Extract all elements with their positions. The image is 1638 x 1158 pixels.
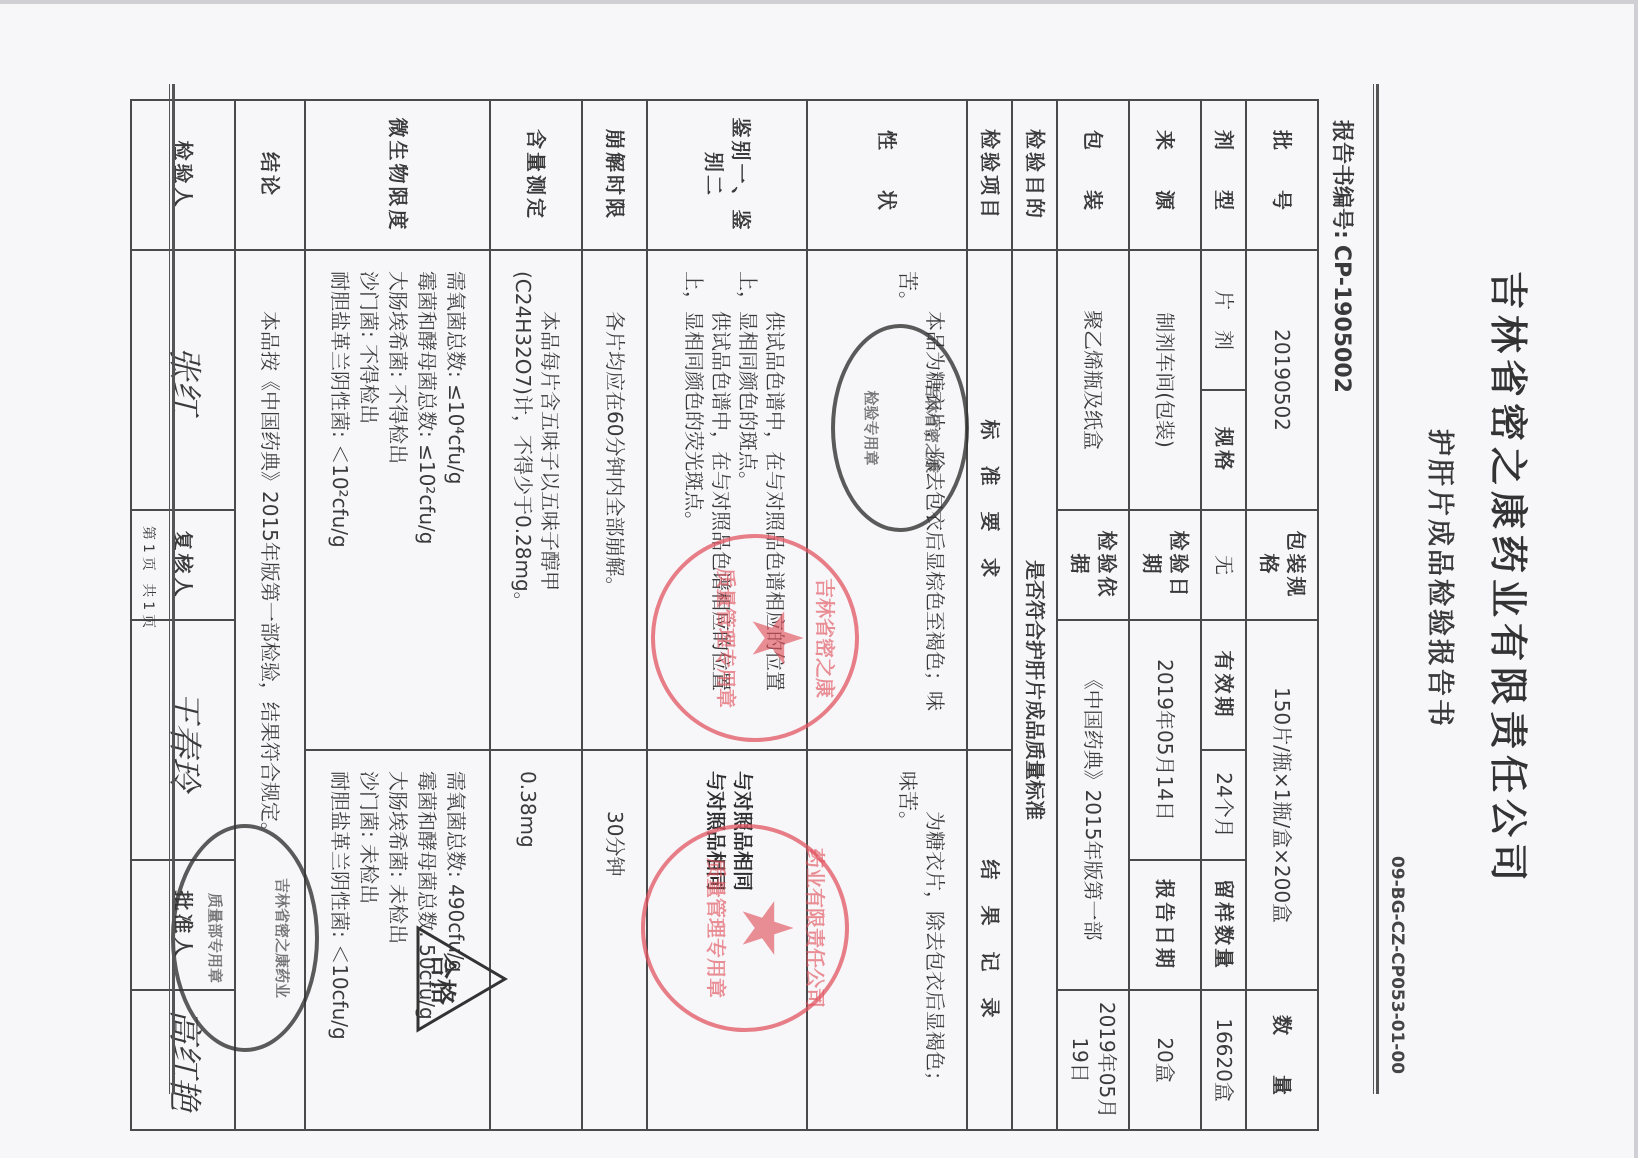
micro-line: 沙门菌: 未检出: [355, 771, 382, 1109]
document-code: 09-BG-CZ-CP053-01-00: [1387, 856, 1407, 1074]
star-icon: ★: [742, 538, 812, 738]
quantity-value: 16620盒: [1201, 990, 1246, 1130]
test-name: 含量测定: [490, 100, 582, 250]
standard-line: (C24H32O7)计，不得少于0.28mg。: [509, 271, 536, 729]
conclusion-label: 结论: [235, 100, 305, 250]
report-date-value: 2019年05月19日: [1057, 990, 1129, 1130]
test-name: 鉴别一、鉴别二: [647, 100, 807, 250]
inspection-black-stamp: 吉林省密之康 检验专用章: [831, 324, 969, 532]
pack-spec-label: 包装规格: [1246, 510, 1318, 620]
standard-line: 本品每片含五味子以五味子醇甲: [536, 271, 563, 729]
test-name: 崩解时限: [582, 100, 647, 250]
col-result-header: 结 果 记 录: [967, 750, 1012, 1130]
row-source: 来 源 制剂车间(包装) 检验日期 2019年05月14日 报告日期 20盒: [1129, 100, 1201, 1130]
test-standard: 各片均应在60分钟内全部崩解。: [582, 250, 647, 750]
stamp-text: 检验专用章: [861, 328, 882, 528]
spec-label: 规格: [1201, 390, 1246, 510]
scan-right-edge: [1634, 0, 1638, 1158]
quality-black-stamp: 吉林省密之康药业 质量部专用章: [171, 824, 319, 1052]
stamp-text: 吉林省密之康药业: [272, 828, 293, 1048]
report-title: 护肝片成品检验报告书: [1423, 24, 1462, 1134]
retain-value: 20盒: [1129, 990, 1201, 1130]
test-standard: 需氧菌总数: ≤10⁴cfu/g霉菌和酵母菌总数: ≤10²cfu/g大肠埃希菌…: [305, 250, 490, 750]
micro-line: 耐胆盐革兰阴性菌: ＜10²cfu/g: [326, 271, 353, 729]
micro-line: 需氧菌总数: ≤10⁴cfu/g: [442, 271, 469, 729]
page-number: 第1页 共1页: [139, 24, 159, 1134]
test-date-value: 2019年05月14日: [1129, 620, 1201, 860]
micro-line: 沙门菌: 不得检出: [355, 271, 382, 729]
basis-label: 检验依据: [1057, 510, 1129, 620]
row-column-headers: 检验项目 标 准 要 求 结 果 记 录: [967, 100, 1012, 1130]
micro-line: 大肠埃希菌: 不得检出: [384, 271, 411, 729]
test-row-disintegration: 崩解时限 各片均应在60分钟内全部崩解。 30分钟: [582, 100, 647, 1130]
row-purpose: 检验目的 是否符合护肝片成品质量标准: [1012, 100, 1057, 1130]
scan-top-edge: [0, 0, 1638, 4]
micro-line: 耐胆盐革兰阴性菌: ＜10cfu/g: [326, 771, 353, 1109]
report-number: 报告书编号:CP-1905002: [1328, 114, 1359, 393]
report-number-label: 报告书编号:: [1329, 120, 1354, 239]
report-sheet: 吉林省密之康药业有限责任公司 护肝片成品检验报告书 09-BG-CZ-CP053…: [79, 24, 1559, 1134]
purpose-label: 检验目的: [1012, 100, 1057, 250]
dosage-form-label: 剂 型: [1201, 100, 1246, 250]
company-red-stamp: 药业有限责任公司 ★ 质量管理专用章: [641, 824, 849, 1032]
row-batch: 批 号 20190502 包装规格 150片/瓶×1瓶/盒×200盒 数 量: [1246, 100, 1318, 1130]
col-standard-header: 标 准 要 求: [967, 250, 1012, 750]
stamp-text: 质量部专用章: [205, 828, 226, 1048]
retain-label: 留样数量: [1201, 860, 1246, 990]
source-value: 制剂车间(包装): [1129, 250, 1201, 510]
qa-red-stamp: 吉林省密之康 ★ 质量管理专用章: [651, 534, 859, 742]
test-name: 微生物限度: [305, 100, 490, 250]
packaging-label: 包 装: [1057, 100, 1129, 250]
pass-triangle-icon: 合格: [414, 924, 509, 1034]
company-name: 吉林省密之康药业有限责任公司: [1484, 24, 1539, 1134]
row-report-date: 包 装 聚乙烯瓶及纸盒 检验依据 《中国药典》2015年版第一部 2019年05…: [1057, 100, 1129, 1130]
stamp-text: 质量管理专用章: [703, 828, 732, 1028]
report-date-label: 报告日期: [1129, 860, 1201, 990]
source-label: 来 源: [1129, 100, 1201, 250]
header-rule: [1373, 84, 1379, 1094]
report-header: 吉林省密之康药业有限责任公司 护肝片成品检验报告书: [1423, 24, 1539, 1134]
micro-line: 大肠埃希菌: 未检出: [384, 771, 411, 1109]
quantity-label: 数 量: [1269, 1001, 1296, 1119]
row-dosage: 剂 型 片 剂 规格 无 有效期 24个月 留样数量 16620盒: [1201, 100, 1246, 1130]
test-result: 30分钟: [582, 750, 647, 1130]
validity-value: 24个月: [1201, 750, 1246, 860]
micro-line: 霉菌和酵母菌总数: ≤10²cfu/g: [413, 271, 440, 729]
packaging-value: 聚乙烯瓶及纸盒: [1057, 250, 1129, 510]
svg-text:合格: 合格: [427, 953, 458, 1005]
purpose-value: 是否符合护肝片成品质量标准: [1012, 250, 1057, 1130]
stamp-text: 吉林省密之康: [922, 328, 943, 528]
test-date-label: 检验日期: [1129, 510, 1201, 620]
test-name: 性 状: [807, 100, 967, 250]
spec-value: 无: [1201, 510, 1246, 620]
star-icon: ★: [732, 828, 802, 1028]
col-item-header: 检验项目: [967, 100, 1012, 250]
footer-rule: [169, 84, 175, 1094]
batch-label: 批 号: [1246, 100, 1318, 250]
quantity-cell: 数 量: [1246, 990, 1318, 1130]
dosage-form-value: 片 剂: [1201, 250, 1246, 390]
stamp-text: 质量管理专用章: [713, 538, 742, 738]
pack-spec-value: 150片/瓶×1瓶/盒×200盒: [1246, 620, 1318, 990]
basis-value: 《中国药典》2015年版第一部: [1057, 620, 1129, 990]
test-standard: 本品每片含五味子以五味子醇甲 (C24H32O7)计，不得少于0.28mg。: [490, 250, 582, 750]
batch-value: 20190502: [1246, 250, 1318, 510]
report-number-value: CP-1905002: [1329, 245, 1354, 393]
validity-label: 有效期: [1201, 620, 1246, 750]
